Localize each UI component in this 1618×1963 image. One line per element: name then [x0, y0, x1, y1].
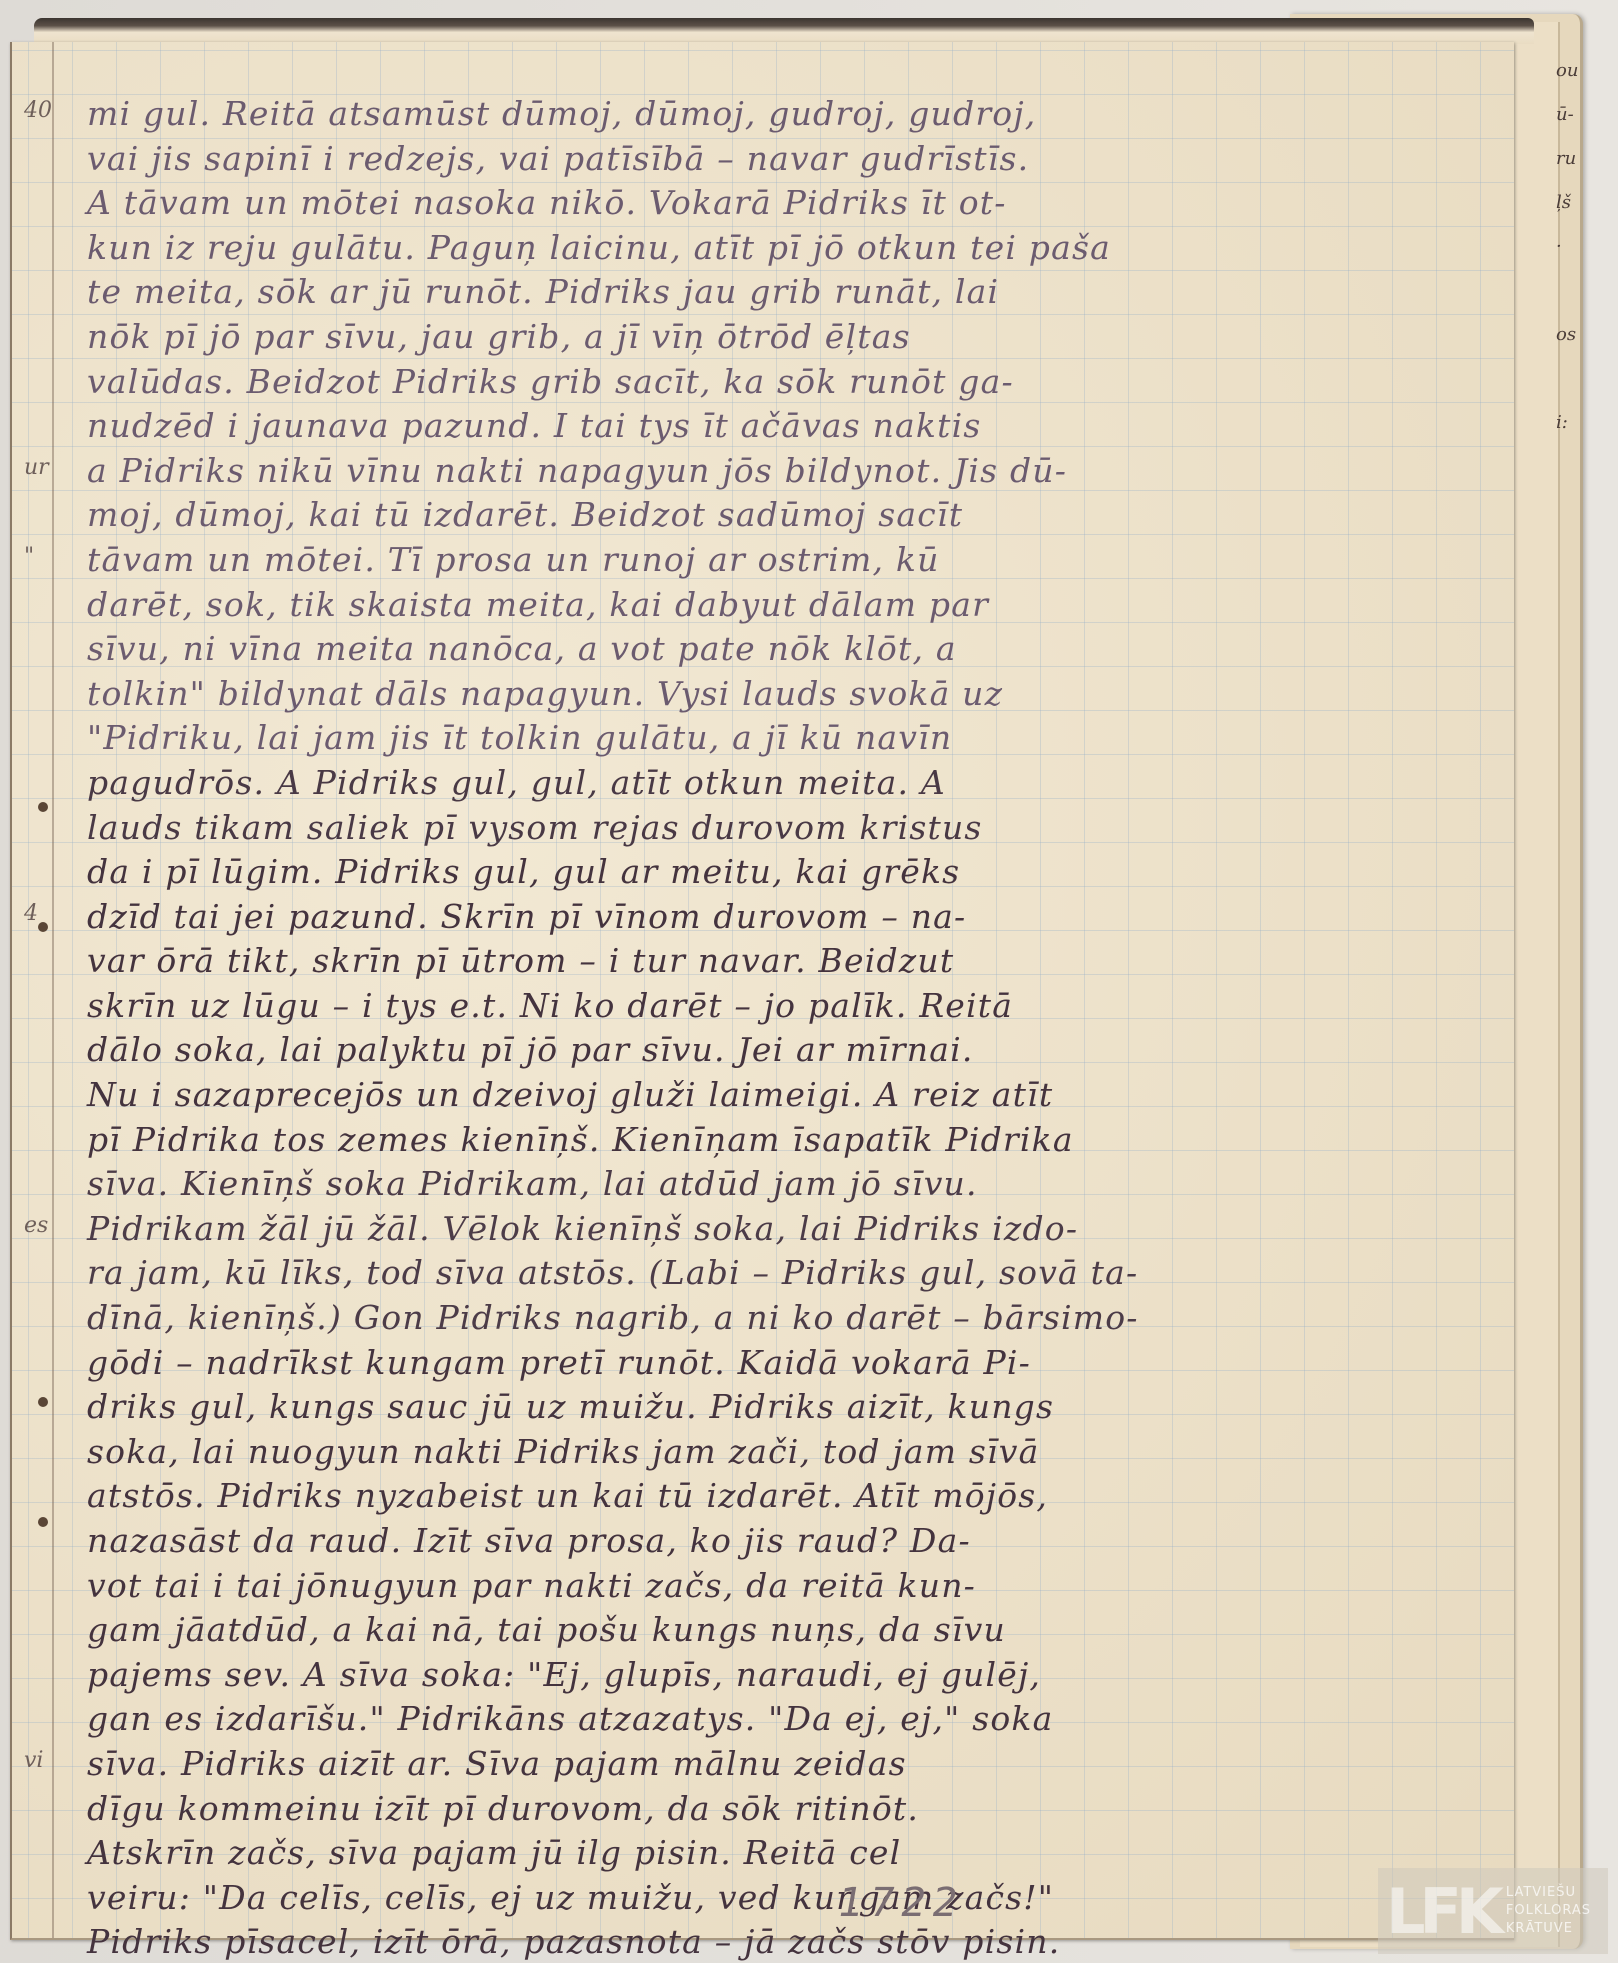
- edge-fragment: [1556, 632, 1578, 676]
- text-line: soka, lai nuogyun nakti Pidriks jam zači…: [87, 1430, 1507, 1475]
- text-line: a Pidriks nikū vīnu nakti napagyun jōs b…: [87, 449, 1507, 494]
- text-line: te meita, sōk ar jū runōt. Pidriks jau g…: [87, 270, 1507, 315]
- text-line: pagudrōs. A Pidriks gul, gul, atīt otkun…: [87, 761, 1507, 806]
- text-line: pajems sev. A sīva soka: "Ej, glupīs, na…: [87, 1653, 1507, 1698]
- text-line: dālo soka, lai palyktu pī jō par sīvu. J…: [87, 1028, 1507, 1073]
- watermark-text: LATVIEŠU FOLKLORAS KRĀTUVE: [1506, 1884, 1591, 1938]
- edge-fragment: ·: [1556, 236, 1578, 280]
- text-line: Nu i sazaprecejōs un dzeivoj gluži laime…: [87, 1073, 1507, 1118]
- edge-fragment: [1556, 1248, 1578, 1292]
- edge-fragment: [1556, 1292, 1578, 1336]
- edge-fragment: [1556, 544, 1578, 588]
- edge-fragment: [1556, 676, 1578, 720]
- edge-fragment: [1556, 896, 1578, 940]
- text-line: da i pī lūgim. Pidriks gul, gul ar meitu…: [87, 850, 1507, 895]
- lfk-logo-icon: LFK: [1378, 1875, 1498, 1948]
- edge-fragment: ou: [1556, 60, 1578, 104]
- edge-fragment: [1556, 1336, 1578, 1380]
- margin-note: vi: [24, 1748, 43, 1773]
- handwritten-text: mi gul. Reitā atsamūst dūmoj, dūmoj, gud…: [87, 92, 1507, 1963]
- edge-fragment: [1556, 764, 1578, 808]
- text-line: dīnā, kienīņš.) Gon Pidriks nagrib, a ni…: [87, 1296, 1507, 1341]
- text-line: Atskrīn začs, sīva pajam jū ilg pisin. R…: [87, 1831, 1507, 1876]
- edge-fragment: [1556, 1072, 1578, 1116]
- margin-line: [52, 42, 54, 1938]
- text-line: skrīn uz lūgu – i tys e.t. Ni ko darēt –…: [87, 984, 1507, 1029]
- text-line: dzīd tai jei pazund. Skrīn pī vīnom duro…: [87, 895, 1507, 940]
- text-line: dīgu kommeinu izīt pī durovom, da sōk ri…: [87, 1787, 1507, 1832]
- edge-fragment: [1556, 852, 1578, 896]
- text-line: nōk pī jō par sīvu, jau grib, a jī vīņ ō…: [87, 315, 1507, 360]
- text-line: kun iz reju gulātu. Paguņ laicinu, atīt …: [87, 226, 1507, 271]
- edge-fragment: [1556, 1204, 1578, 1248]
- text-line: vot tai i tai jōnugyun par nakti začs, d…: [87, 1564, 1507, 1609]
- watermark-line-2: FOLKLORAS: [1506, 1902, 1591, 1920]
- edge-fragment: ļš: [1556, 192, 1578, 236]
- text-line: mi gul. Reitā atsamūst dūmoj, dūmoj, gud…: [87, 92, 1507, 137]
- binding-hole: [38, 802, 48, 812]
- text-line: tolkin" bildynat dāls napagyun. Vysi lau…: [87, 672, 1507, 717]
- edge-fragment: [1556, 368, 1578, 412]
- text-line: driks gul, kungs sauc jū uz muižu. Pidri…: [87, 1385, 1507, 1430]
- text-line: gan es izdarīšu." Pidrikāns atzazatys. "…: [87, 1697, 1507, 1742]
- edge-fragment: [1556, 720, 1578, 764]
- text-line: darēt, sok, tik skaista meita, kai dabyu…: [87, 583, 1507, 628]
- edge-fragment: i:: [1556, 412, 1578, 456]
- text-line: veiru: "Da celīs, celīs, ej uz muižu, ve…: [87, 1876, 1507, 1921]
- text-line: nazasāst da raud. Izīt sīva prosa, ko ji…: [87, 1519, 1507, 1564]
- edge-fragment: [1556, 940, 1578, 984]
- notebook-top-edge: [34, 18, 1534, 44]
- edge-fragment: ū-: [1556, 104, 1578, 148]
- text-line: var ōrā tikt, skrīn pī ūtrom – i tur nav…: [87, 939, 1507, 984]
- text-line: A tāvam un mōtei nasoka nikō. Vokarā Pid…: [87, 181, 1507, 226]
- archive-watermark: LFK LATVIEŠU FOLKLORAS KRĀTUVE: [1378, 1868, 1608, 1954]
- underlying-page-fragments: ouū-ruļš·osi:: [1556, 60, 1578, 1380]
- text-line: Pidrikam žāl jū žāl. Vēlok kienīņš soka,…: [87, 1207, 1507, 1252]
- notebook-page: 40ur"4esvi mi gul. Reitā atsamūst dūmoj,…: [10, 42, 1514, 1940]
- text-line: sīvu, ni vīna meita nanōca, a vot pate n…: [87, 627, 1507, 672]
- edge-fragment: os: [1556, 324, 1578, 368]
- edge-fragment: [1556, 984, 1578, 1028]
- edge-fragment: ru: [1556, 148, 1578, 192]
- text-line: gōdi – nadrīkst kungam pretī runōt. Kaid…: [87, 1341, 1507, 1386]
- edge-fragment: [1556, 500, 1578, 544]
- edge-fragment: [1556, 1116, 1578, 1160]
- binding-hole: [38, 1517, 48, 1527]
- text-line: sīva. Pidriks aizīt ar. Sīva pajam mālnu…: [87, 1742, 1507, 1787]
- margin-note: ur: [24, 455, 49, 480]
- text-line: vai jis sapinī i redzejs, vai patīsībā –…: [87, 137, 1507, 182]
- text-line: ra jam, kū līks, tod sīva atstōs. (Labi …: [87, 1251, 1507, 1296]
- text-line: "Pidriku, lai jam jis īt tolkin gulātu, …: [87, 716, 1507, 761]
- edge-fragment: [1556, 588, 1578, 632]
- margin-note: es: [24, 1213, 48, 1238]
- watermark-line-3: KRĀTUVE: [1506, 1920, 1591, 1938]
- margin-note: ": [24, 544, 34, 569]
- watermark-line-1: LATVIEŠU: [1506, 1884, 1591, 1902]
- text-line: sīva. Kienīņš soka Pidrikam, lai atdūd j…: [87, 1162, 1507, 1207]
- text-line: lauds tikam saliek pī vysom rejas durovo…: [87, 806, 1507, 851]
- binding-hole: [38, 922, 48, 932]
- edge-fragment: [1556, 280, 1578, 324]
- text-line: moj, dūmoj, kai tū izdarēt. Beidzot sadū…: [87, 493, 1507, 538]
- edge-fragment: [1556, 1160, 1578, 1204]
- text-line: atstōs. Pidriks nyzabeist un kai tū izda…: [87, 1474, 1507, 1519]
- text-line: gam jāatdūd, a kai nā, tai pošu kungs nu…: [87, 1608, 1507, 1653]
- text-line: pī Pidrika tos zemes kienīņš. Kienīņam ī…: [87, 1118, 1507, 1163]
- edge-fragment: [1556, 456, 1578, 500]
- margin-note: 40: [24, 98, 52, 123]
- page-number: 1722: [834, 1880, 968, 1926]
- binding-hole: [38, 1397, 48, 1407]
- text-line: Pidriks pīsacel, izīt ōrā, pazasnota – j…: [87, 1920, 1507, 1963]
- margin-note: 4: [24, 901, 38, 926]
- edge-fragment: [1556, 808, 1578, 852]
- text-line: valūdas. Beidzot Pidriks grib sacīt, ka …: [87, 360, 1507, 405]
- edge-fragment: [1556, 1028, 1578, 1072]
- text-line: tāvam un mōtei. Tī prosa un runoj ar ost…: [87, 538, 1507, 583]
- text-line: nudzēd i jaunava pazund. I tai tys īt ač…: [87, 404, 1507, 449]
